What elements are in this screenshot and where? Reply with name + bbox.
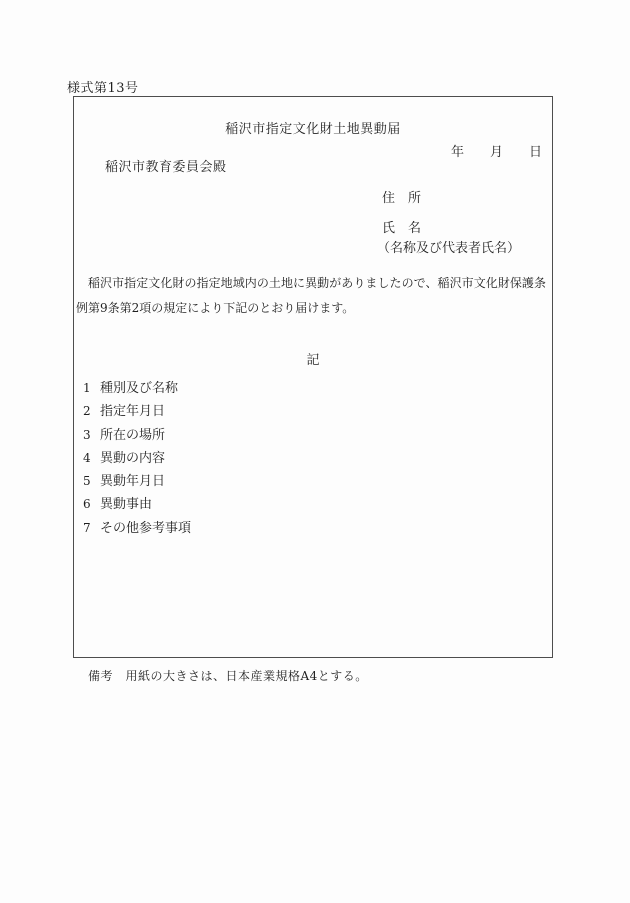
list-item-label: その他参考事項 — [100, 521, 191, 536]
form-border-box: 稲沢市指定文化財土地異動届 年 月 日 稲沢市教育委員会殿 住 所 氏 名 （名… — [73, 96, 553, 658]
list-item-label: 異動年月日 — [100, 474, 165, 489]
submitter-name-label: 氏 名 — [382, 217, 421, 236]
submitter-name-note: （名称及び代表者氏名） — [377, 237, 520, 256]
list-item: 1種別及び名称 — [83, 377, 191, 400]
list-item-label: 所在の場所 — [100, 428, 165, 443]
list-item-label: 異動の内容 — [100, 451, 165, 466]
date-blank-line: 年 月 日 — [451, 141, 542, 160]
item-list: 1種別及び名称 2指定年月日 3所在の場所 4異動の内容 5異動年月日 6異動事… — [83, 377, 191, 540]
list-item-number: 1 — [83, 377, 100, 399]
list-item: 7その他参考事項 — [83, 517, 191, 540]
addressee-line: 稲沢市教育委員会殿 — [105, 156, 227, 175]
list-item-number: 6 — [83, 493, 100, 515]
record-heading: 記 — [74, 349, 552, 368]
form-number-label: 様式第13号 — [67, 77, 139, 96]
list-item-label: 異動事由 — [100, 497, 152, 512]
list-item: 2指定年月日 — [83, 400, 191, 423]
document-page: 様式第13号 稲沢市指定文化財土地異動届 年 月 日 稲沢市教育委員会殿 住 所… — [0, 0, 630, 903]
paper-size-note: 備考 用紙の大きさは、日本産業規格A4とする。 — [88, 667, 368, 684]
form-title: 稲沢市指定文化財土地異動届 — [74, 118, 552, 137]
submitter-address-label: 住 所 — [382, 187, 421, 206]
list-item: 6異動事由 — [83, 493, 191, 516]
list-item-label: 種別及び名称 — [100, 381, 178, 396]
list-item-number: 4 — [83, 447, 100, 469]
list-item-number: 5 — [83, 470, 100, 492]
list-item-number: 3 — [83, 424, 100, 446]
body-paragraph: 稲沢市指定文化財の指定地域内の土地に異動がありましたので、稲沢市文化財保護条例第… — [76, 271, 546, 321]
list-item-number: 7 — [83, 517, 100, 539]
list-item: 4異動の内容 — [83, 447, 191, 470]
list-item-number: 2 — [83, 400, 100, 422]
list-item: 5異動年月日 — [83, 470, 191, 493]
list-item: 3所在の場所 — [83, 424, 191, 447]
list-item-label: 指定年月日 — [100, 404, 165, 419]
